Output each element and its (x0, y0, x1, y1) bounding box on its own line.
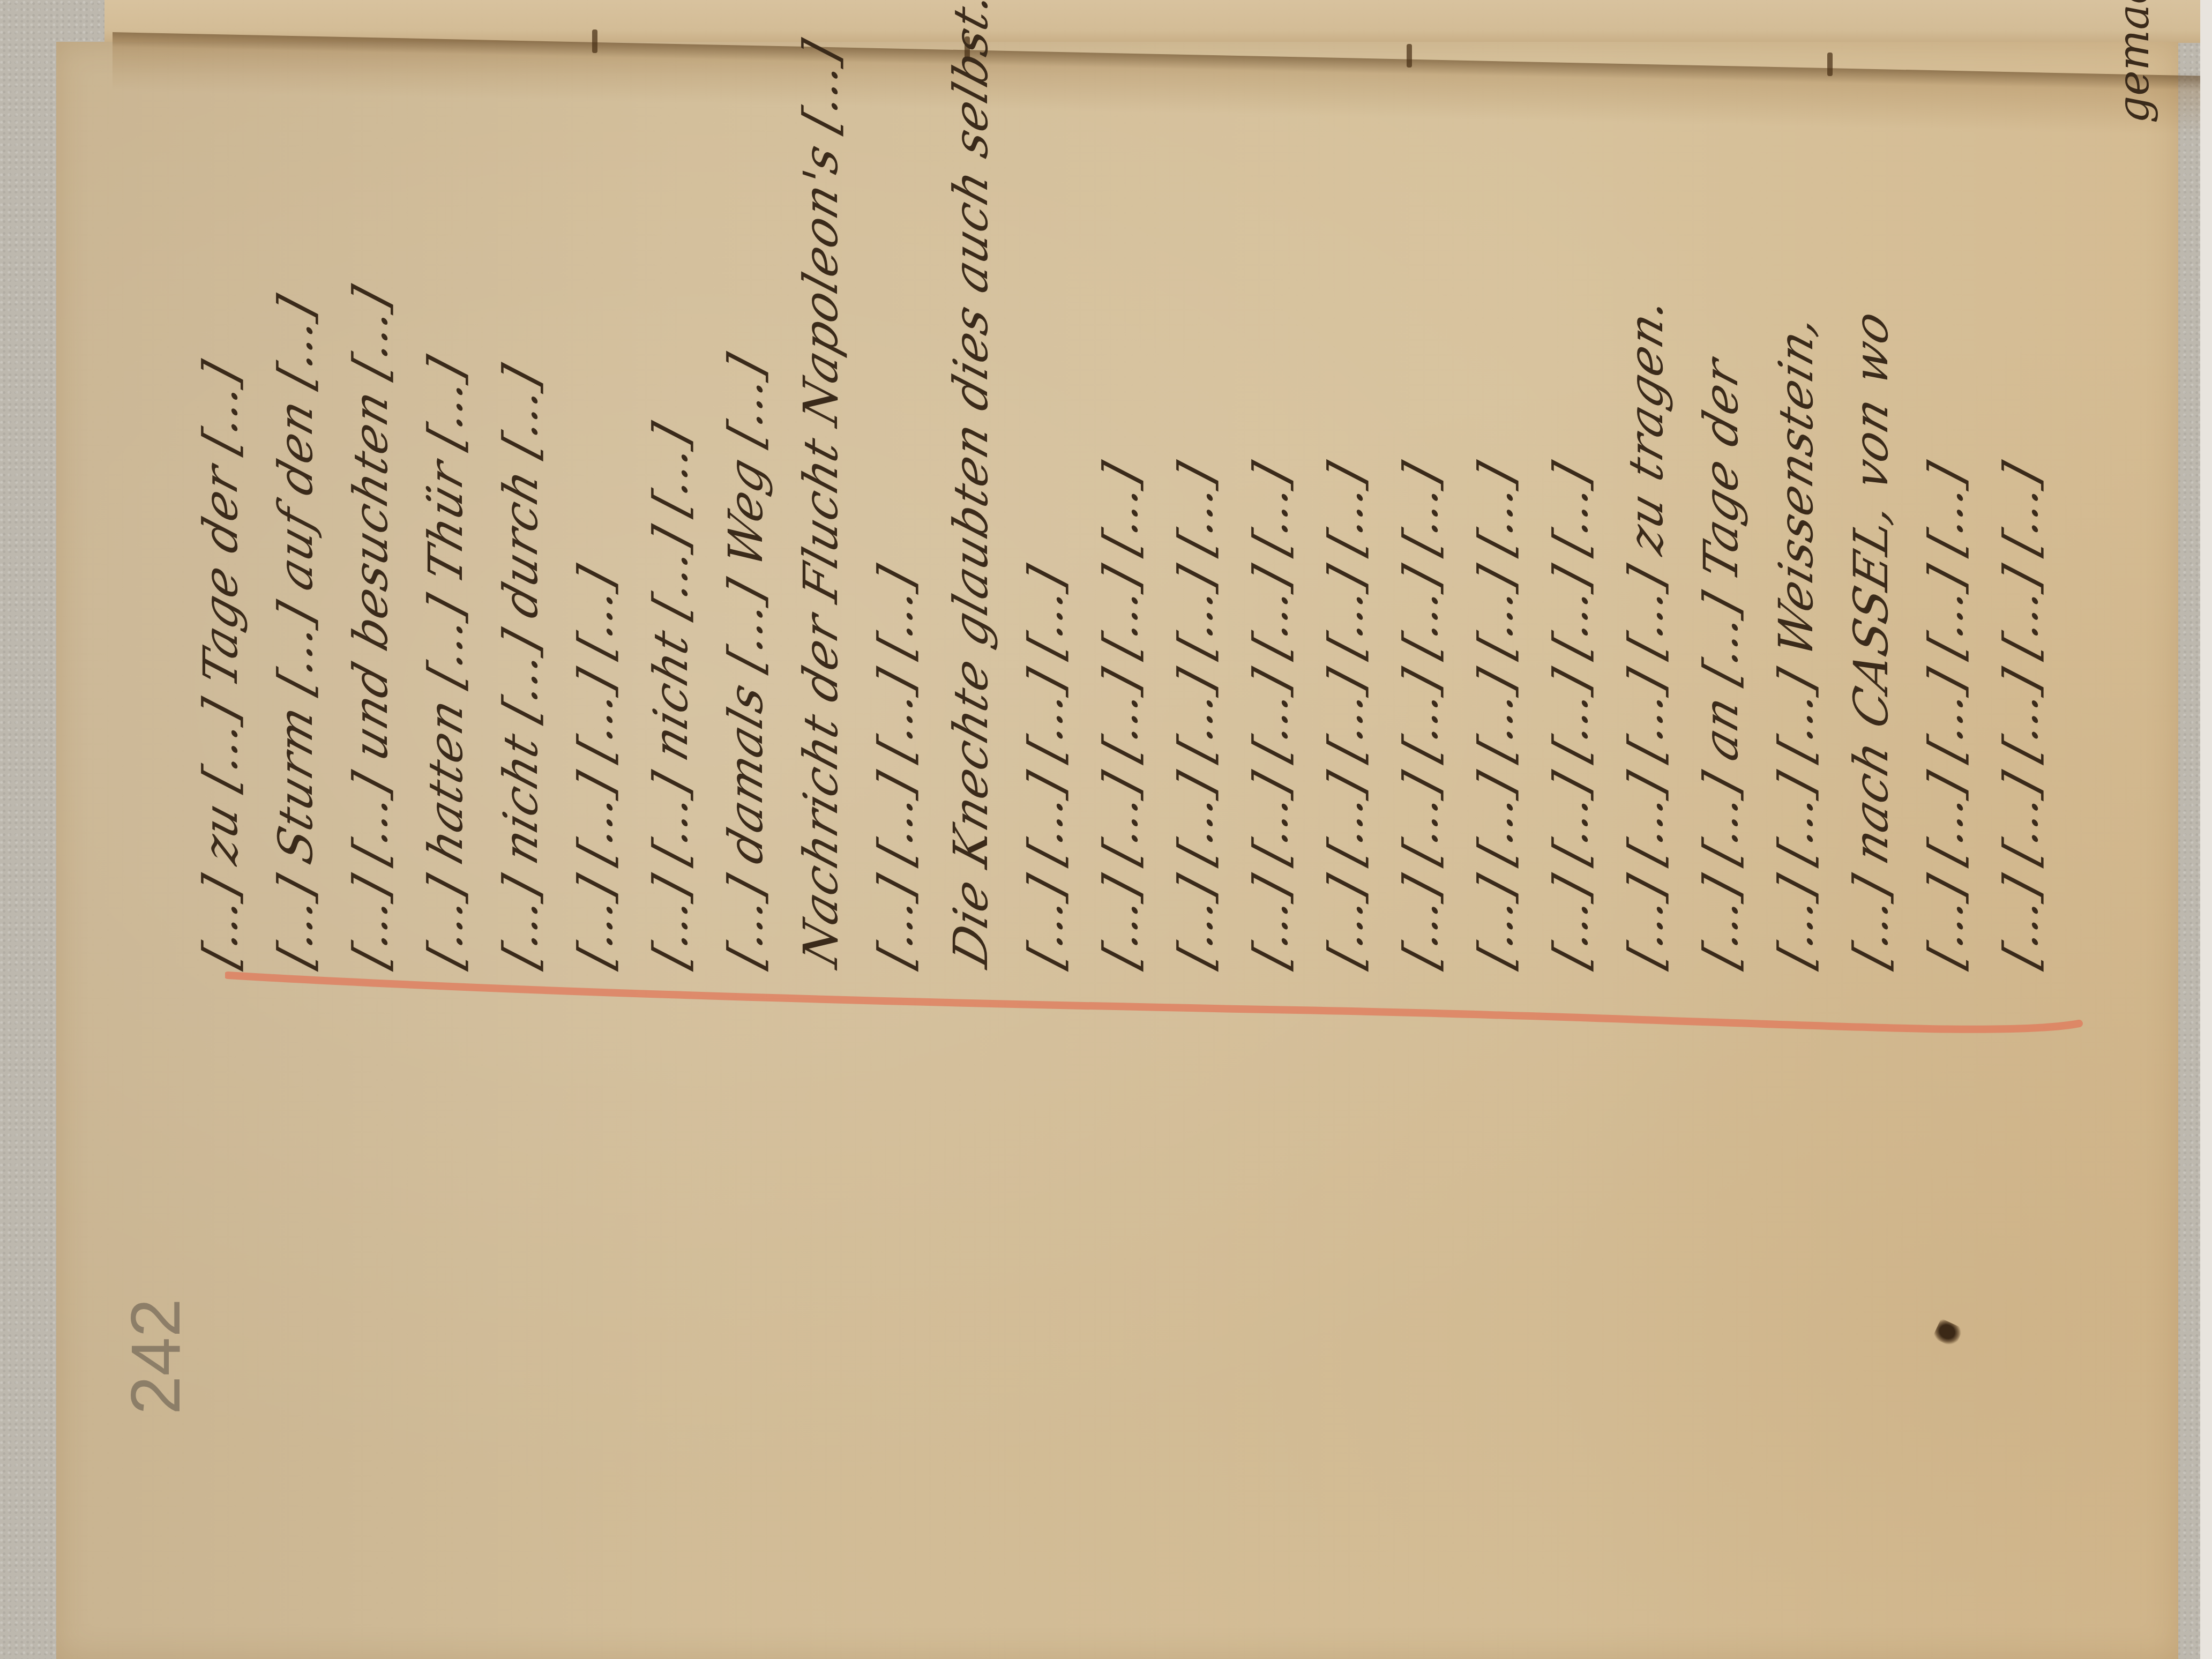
text-line: […] zu […] Tage der […] (193, 354, 248, 974)
page-edge-right (2200, 0, 2212, 1659)
page-number-pencil: 242 (115, 1298, 196, 1415)
text-line: […] nicht […] durch […] (493, 358, 548, 974)
text-line: Nachricht der Flucht Napoleon's […] (793, 33, 848, 974)
text-line: […] hatten […] Thür […] (418, 350, 473, 974)
text-line: […] […] […] […] zu tragen. (1618, 289, 1673, 974)
text-line: […] […] […] […] […] (1393, 455, 1448, 974)
text-line: […] […] […] […] […] (1468, 455, 1523, 974)
text-line: […] […] […] […] […] (1093, 455, 1148, 974)
text-line: […] […] […] […] […] (1168, 455, 1223, 974)
text-line: […] nach CASSEL, von wo (1843, 303, 1899, 973)
text-line: […] […] […] […] […] (1318, 455, 1373, 974)
text-line: […] Sturm […] auf den […] (268, 289, 323, 974)
facing-page-edge (104, 0, 2212, 43)
text-line: […] […] […] […] […] (1993, 455, 2049, 974)
text-line: […] […] […] […] […] (1918, 455, 1974, 974)
text-line: […] […] […] […] (1018, 559, 1073, 974)
text-line: […] […] an […] Tage der (1693, 351, 1748, 974)
text-line: […] […] […] Weissenstein, (1768, 306, 1824, 973)
text-line: […] […] […] […] (868, 559, 923, 974)
text-line: […] damals […] Weg […] (718, 347, 773, 974)
text-line: […] […] nicht […] […] (643, 416, 698, 974)
text-line: […] […] […] […] (568, 559, 623, 974)
text-line: […] […] […] […] […] (1543, 455, 1598, 974)
text-line: […] […] […] […] […] (1243, 455, 1298, 974)
text-line: […] […] und besuchten […] (343, 279, 398, 973)
red-pencil-divider-line (225, 959, 2090, 1045)
catchword: gemacht (2109, 0, 2158, 123)
handwritten-text-block: […] zu […] Tage der […] […] Sturm […] au… (177, 43, 2159, 965)
text-line: Die Knechte glaubten dies auch selbst. (943, 0, 998, 974)
